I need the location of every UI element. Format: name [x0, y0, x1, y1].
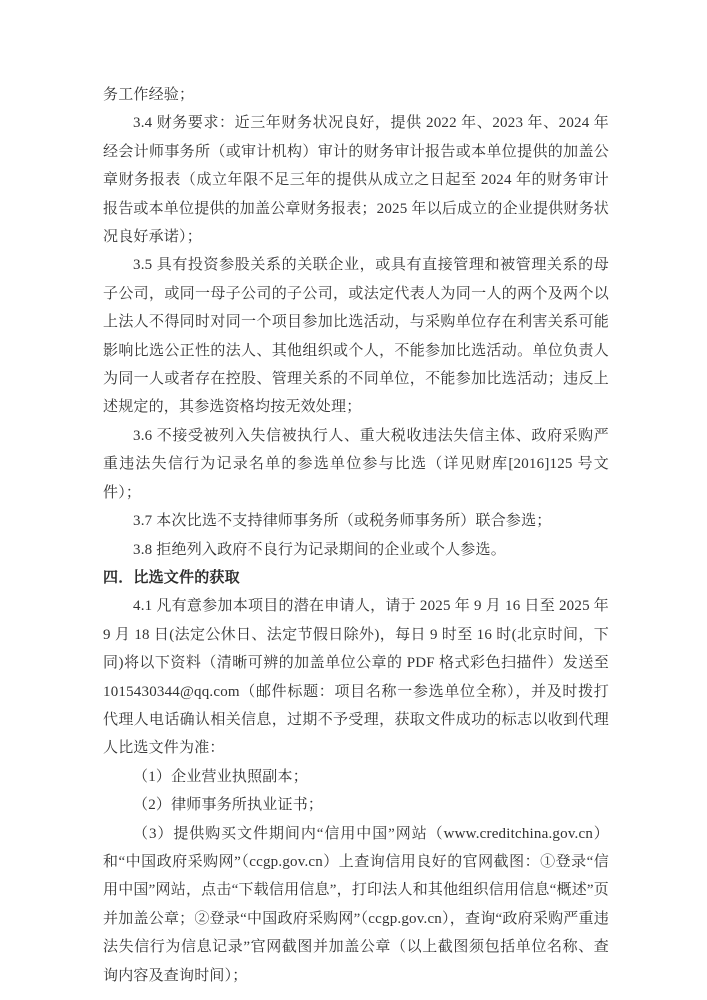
paragraph-3-6-blacklist: 3.6 不接受被列入失信被执行人、重大税收违法失信主体、政府采购严重违法失信行为… [103, 422, 609, 507]
document-page: 务工作经验； 3.4 财务要求：近三年财务状况良好，提供 2022 年、2023… [0, 0, 707, 1000]
list-item-2-certificate: （2）律师事务所执业证书； [103, 791, 609, 819]
list-item-3-credit-check: （3）提供购买文件期间内“信用中国”网站（www.creditchina.gov… [103, 820, 609, 990]
paragraph-3-7-joint-bid: 3.7 本次比选不支持律师事务所（或税务师事务所）联合参选； [103, 507, 609, 535]
paragraph-4-1-obtain-docs: 4.1 凡有意参加本项目的潜在申请人，请于 2025 年 9 月 16 日至 2… [103, 592, 609, 762]
paragraph-continuation: 务工作经验； [103, 81, 609, 109]
paragraph-3-5-affiliates: 3.5 具有投资参股关系的关联企业，或具有直接管理和被管理关系的母子公司，或同一… [103, 251, 609, 421]
document-body: 务工作经验； 3.4 财务要求：近三年财务状况良好，提供 2022 年、2023… [103, 81, 609, 990]
paragraph-3-8-bad-record: 3.8 拒绝列入政府不良行为记录期间的企业或个人参选。 [103, 536, 609, 564]
list-item-1-license: （1）企业营业执照副本； [103, 763, 609, 791]
section-heading-4: 四．比选文件的获取 [103, 564, 609, 592]
paragraph-3-4-finance: 3.4 财务要求：近三年财务状况良好，提供 2022 年、2023 年、2024… [103, 109, 609, 251]
